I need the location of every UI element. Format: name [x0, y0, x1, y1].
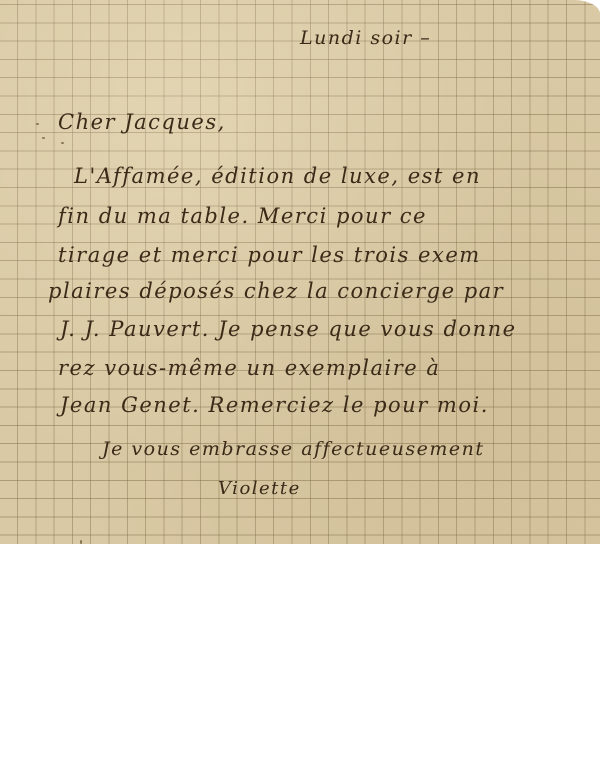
ink-speck [42, 137, 45, 139]
signature: Violette [218, 480, 301, 498]
body-line-5: J. J. Pauvert. Je pense que vous donne [60, 319, 517, 340]
greeting: Cher Jacques, [58, 112, 226, 133]
letter-sheet: Lundi soir – Cher Jacques, L'Affamée, éd… [0, 0, 600, 544]
body-line-2: fin du ma table. Merci pour ce [58, 206, 427, 227]
ink-speck [36, 123, 39, 125]
body-line-3: tirage et merci pour les trois exem [58, 245, 481, 266]
body-line-6: rez vous-même un exemplaire à [58, 358, 440, 379]
closing-line: Je vous embrasse affectueusement [102, 440, 484, 459]
ink-speck [61, 142, 64, 144]
body-line-4: plaires déposés chez la concierge par [48, 281, 504, 302]
date-line: Lundi soir – [300, 29, 431, 48]
body-line-1: L'Affamée, édition de luxe, est en [74, 166, 481, 187]
body-line-7: Jean Genet. Remerciez le pour moi. [60, 395, 489, 416]
ink-speck [80, 540, 82, 544]
